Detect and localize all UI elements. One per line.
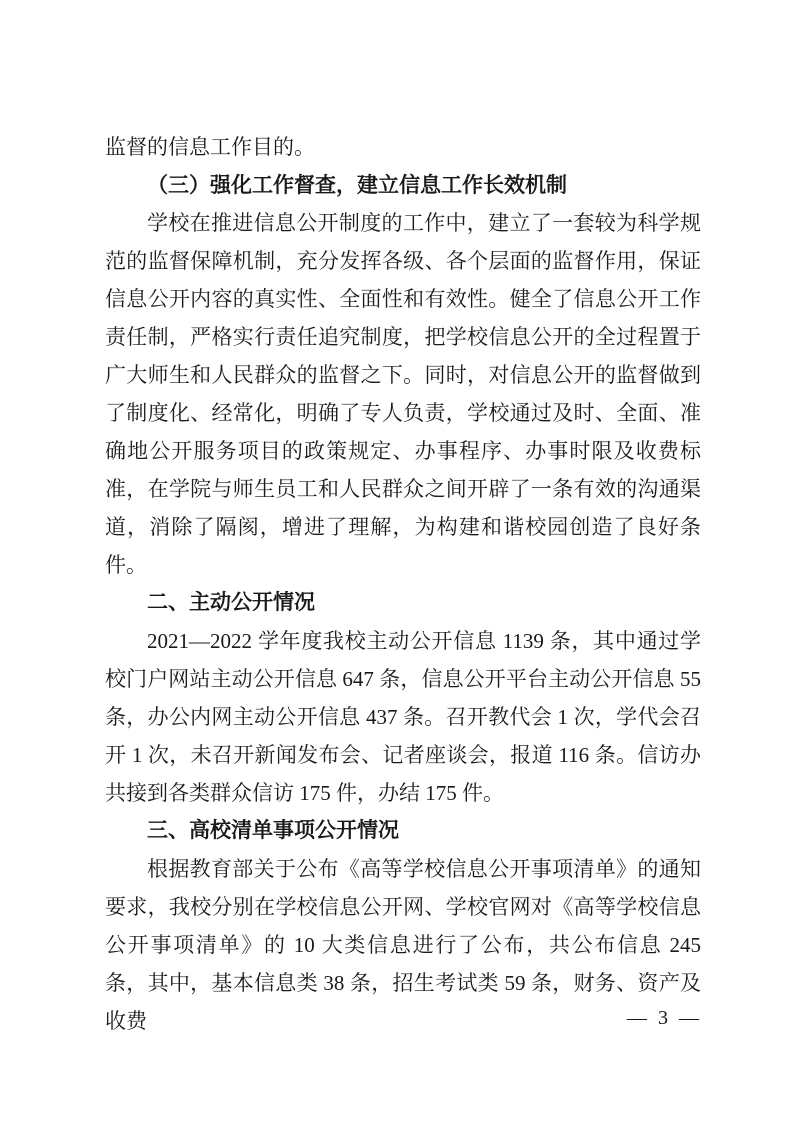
page-number: — 3 — [627,1004,699,1032]
paragraph: 监督的信息工作目的。 [105,128,701,166]
document-page: 监督的信息工作目的。（三）强化工作督查，建立信息工作长效机制学校在推进信息公开制… [0,0,793,1122]
sub-heading: （三）强化工作督查，建立信息工作长效机制 [105,166,701,204]
section-heading: 二、主动公开情况 [105,584,701,622]
paragraph: 2021—2022 学年度我校主动公开信息 1139 条，其中通过学校门户网站主… [105,622,701,812]
section-heading: 三、高校清单事项公开情况 [105,812,701,850]
paragraph: 学校在推进信息公开制度的工作中，建立了一套较为科学规范的监督保障机制，充分发挥各… [105,204,701,584]
paragraph: 根据教育部关于公布《高等学校信息公开事项清单》的通知要求，我校分别在学校信息公开… [105,850,701,1040]
document-body: 监督的信息工作目的。（三）强化工作督查，建立信息工作长效机制学校在推进信息公开制… [105,128,701,1040]
